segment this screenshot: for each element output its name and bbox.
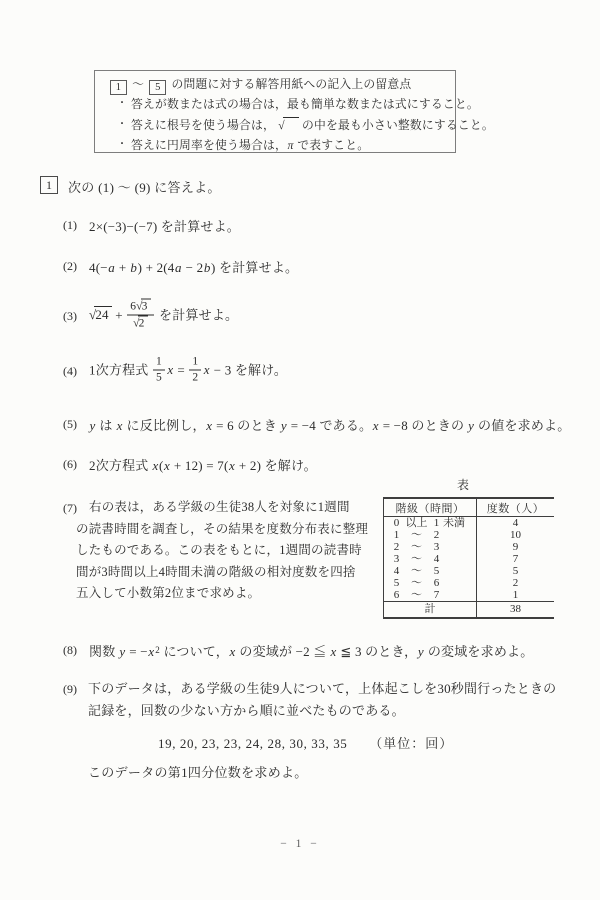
class-sep: ～ — [403, 541, 430, 553]
class-sep: ～ — [403, 529, 430, 541]
problem-8: (8) 関数 y = −x2 について，x の変域が −2 ≦ x ≦ 3 のと… — [63, 641, 533, 660]
problem-8-label: (8) — [63, 643, 89, 658]
class-lo: 5 — [390, 577, 403, 589]
problem-3: (3) √24 + 6√3√2 を計算せよ。 — [63, 300, 238, 333]
class-lo: 3 — [390, 553, 403, 565]
problem-4-text: 1次方程式 15x = 12x − 3 を解け。 — [89, 356, 287, 387]
notice-title-text: の問題に対する解答用紙への記入上の留意点 — [171, 77, 411, 91]
frequency-value: 9 — [477, 541, 555, 553]
class-tail: 未満 — [443, 517, 476, 529]
class-hi: 4 — [430, 553, 443, 565]
problem-9-line: 記録を，回数の少ない方から順に並べたものである。 — [88, 700, 558, 722]
table-row: 4～5 5 — [384, 565, 555, 577]
frequency-value: 7 — [477, 553, 555, 565]
class-sep: ～ — [403, 589, 430, 601]
problem-4-label: (4) — [63, 364, 89, 379]
class-tail — [443, 589, 476, 601]
table-row: 1～2 10 — [384, 529, 555, 541]
table-header-row: 階級（時間） 度数（人） — [384, 498, 555, 517]
bullet-dot-icon: ・ — [108, 135, 131, 156]
problem-9-followup: このデータの第1四分位数を求めよ。 — [88, 762, 308, 781]
bullet-dot-icon: ・ — [108, 94, 131, 115]
problem-1-text: 2×(−3)−(−7) を計算せよ。 — [89, 216, 240, 235]
class-tail — [443, 565, 476, 577]
class-lo: 0 — [390, 517, 403, 529]
problem-9-label: (9) — [63, 682, 77, 697]
class-hi: 6 — [430, 577, 443, 589]
class-lo: 4 — [390, 565, 403, 577]
problem-5: (5) y は x に反比例し，x = 6 のとき y = −4 である。x =… — [63, 415, 570, 434]
class-lo: 2 — [390, 541, 403, 553]
notice-item-3: ・ 答えに円周率を使う場合は，π で表すこと。 — [108, 135, 455, 156]
boxed-number-start: 1 — [110, 80, 127, 95]
notice-item-3-text: 答えに円周率を使う場合は，π で表すこと。 — [131, 135, 369, 156]
class-sep: 以上 — [403, 517, 430, 529]
data-unit: （単位：回） — [369, 736, 453, 751]
class-sep: ～ — [403, 553, 430, 565]
class-tail — [443, 553, 476, 565]
problem-7-text: 右の表は，ある学級の生徒38人を対象に1週間 の読書時間を調査し，その結果を度数… — [76, 497, 376, 605]
table-header-class: 階級（時間） — [384, 498, 477, 517]
problem-7-label: (7) — [63, 501, 77, 516]
range-tilde: ～ — [132, 77, 144, 91]
problem-7-line: の読書時間を調査し，その結果を度数分布表に整理 — [76, 519, 376, 541]
total-value: 38 — [477, 602, 555, 619]
data-values: 19, 20, 23, 23, 24, 28, 30, 33, 35 — [158, 736, 347, 751]
problem-3-label: (3) — [63, 309, 89, 324]
problem-7-line: 右の表は，ある学級の生徒38人を対象に1週間 — [76, 497, 376, 519]
class-hi: 3 — [430, 541, 443, 553]
page-number: − 1 − — [0, 838, 600, 850]
problem-7-line: 間が3時間以上4時間未満の階級の相対度数を四捨 — [76, 562, 376, 584]
table-row: 3～4 7 — [384, 553, 555, 565]
problem-9-line: 下のデータは，ある学級の生徒9人について，上体起こしを30秒間行ったときの — [88, 678, 558, 700]
problem-3-text: √24 + 6√3√2 を計算せよ。 — [89, 300, 238, 333]
notice-item-1-text: 答えが数または式の場合は，最も簡単な数または式にすること。 — [131, 94, 479, 115]
problem-5-text: y は x に反比例し，x = 6 のとき y = −4 である。x = −8 … — [89, 415, 570, 434]
class-hi: 5 — [430, 565, 443, 577]
class-lo: 1 — [390, 529, 403, 541]
problem-1: (1) 2×(−3)−(−7) を計算せよ。 — [63, 216, 240, 235]
frequency-value: 10 — [477, 529, 555, 541]
frequency-table-title: 表 — [383, 476, 543, 493]
class-sep: ～ — [403, 577, 430, 589]
notice-item-2: ・ 答えに根号を使う場合は， √ の中を最も小さい整数にすること。 — [108, 115, 455, 136]
problem-8-text: 関数 y = −x2 について，x の変域が −2 ≦ x ≦ 3 のとき，y … — [89, 641, 533, 660]
frequency-table: 階級（時間） 度数（人） 0以上1未満 4 1～2 10 2～3 9 3～4 7 — [383, 497, 554, 619]
problem-9-text: 下のデータは，ある学級の生徒9人について，上体起こしを30秒間行ったときの 記録… — [88, 678, 558, 721]
table-header-frequency: 度数（人） — [477, 498, 555, 517]
problem-2-text: 4(−a + b) + 2(4a − 2b) を計算せよ。 — [89, 257, 298, 276]
problem-2: (2) 4(−a + b) + 2(4a − 2b) を計算せよ。 — [63, 257, 298, 276]
problem-2-label: (2) — [63, 259, 89, 274]
bullet-dot-icon: ・ — [108, 115, 131, 136]
table-row: 0以上1未満 4 — [384, 517, 555, 530]
exam-page: 1 ～ 5 の問題に対する解答用紙への記入上の留意点 ・ 答えが数または式の場合… — [0, 0, 600, 900]
table-row: 2～3 9 — [384, 541, 555, 553]
table-row: 6～7 1 — [384, 589, 555, 602]
class-tail — [443, 577, 476, 589]
question-1-lead: 次の (1) ～ (9) に答えよ。 — [68, 177, 221, 196]
boxed-number-end: 5 — [149, 80, 166, 95]
frequency-value: 1 — [477, 589, 555, 602]
notice-item-1: ・ 答えが数または式の場合は，最も簡単な数または式にすること。 — [108, 94, 455, 115]
class-lo: 6 — [390, 589, 403, 601]
problem-4: (4) 1次方程式 15x = 12x − 3 を解け。 — [63, 356, 287, 387]
class-hi: 1 — [430, 517, 443, 529]
class-tail — [443, 529, 476, 541]
notice-title: 1 ～ 5 の問題に対する解答用紙への記入上の留意点 — [108, 74, 455, 94]
question-1-number-box: 1 — [40, 176, 58, 194]
total-label: 計 — [384, 602, 477, 619]
problem-5-label: (5) — [63, 417, 89, 432]
class-sep: ～ — [403, 565, 430, 577]
frequency-value: 4 — [477, 517, 555, 530]
class-tail — [443, 541, 476, 553]
problem-1-label: (1) — [63, 218, 89, 233]
problem-6: (6) 2次方程式 x(x + 12) = 7(x + 2) を解け。 — [63, 455, 317, 474]
notice-item-2-text: 答えに根号を使う場合は， √ の中を最も小さい整数にすること。 — [131, 115, 494, 136]
table-row: 5～6 2 — [384, 577, 555, 589]
problem-6-label: (6) — [63, 457, 89, 472]
frequency-value: 5 — [477, 565, 555, 577]
frequency-value: 2 — [477, 577, 555, 589]
table-total-row: 計 38 — [384, 602, 555, 619]
problem-7-line: したものである。この表をもとに，1週間の読書時 — [76, 540, 376, 562]
data-sequence: 19, 20, 23, 23, 24, 28, 30, 33, 35 （単位：回… — [158, 733, 453, 752]
class-hi: 2 — [430, 529, 443, 541]
problem-7-line: 五入して小数第2位まで求めよ。 — [76, 583, 376, 605]
class-hi: 7 — [430, 589, 443, 601]
problem-6-text: 2次方程式 x(x + 12) = 7(x + 2) を解け。 — [89, 455, 317, 474]
notice-box: 1 ～ 5 の問題に対する解答用紙への記入上の留意点 ・ 答えが数または式の場合… — [94, 70, 456, 153]
